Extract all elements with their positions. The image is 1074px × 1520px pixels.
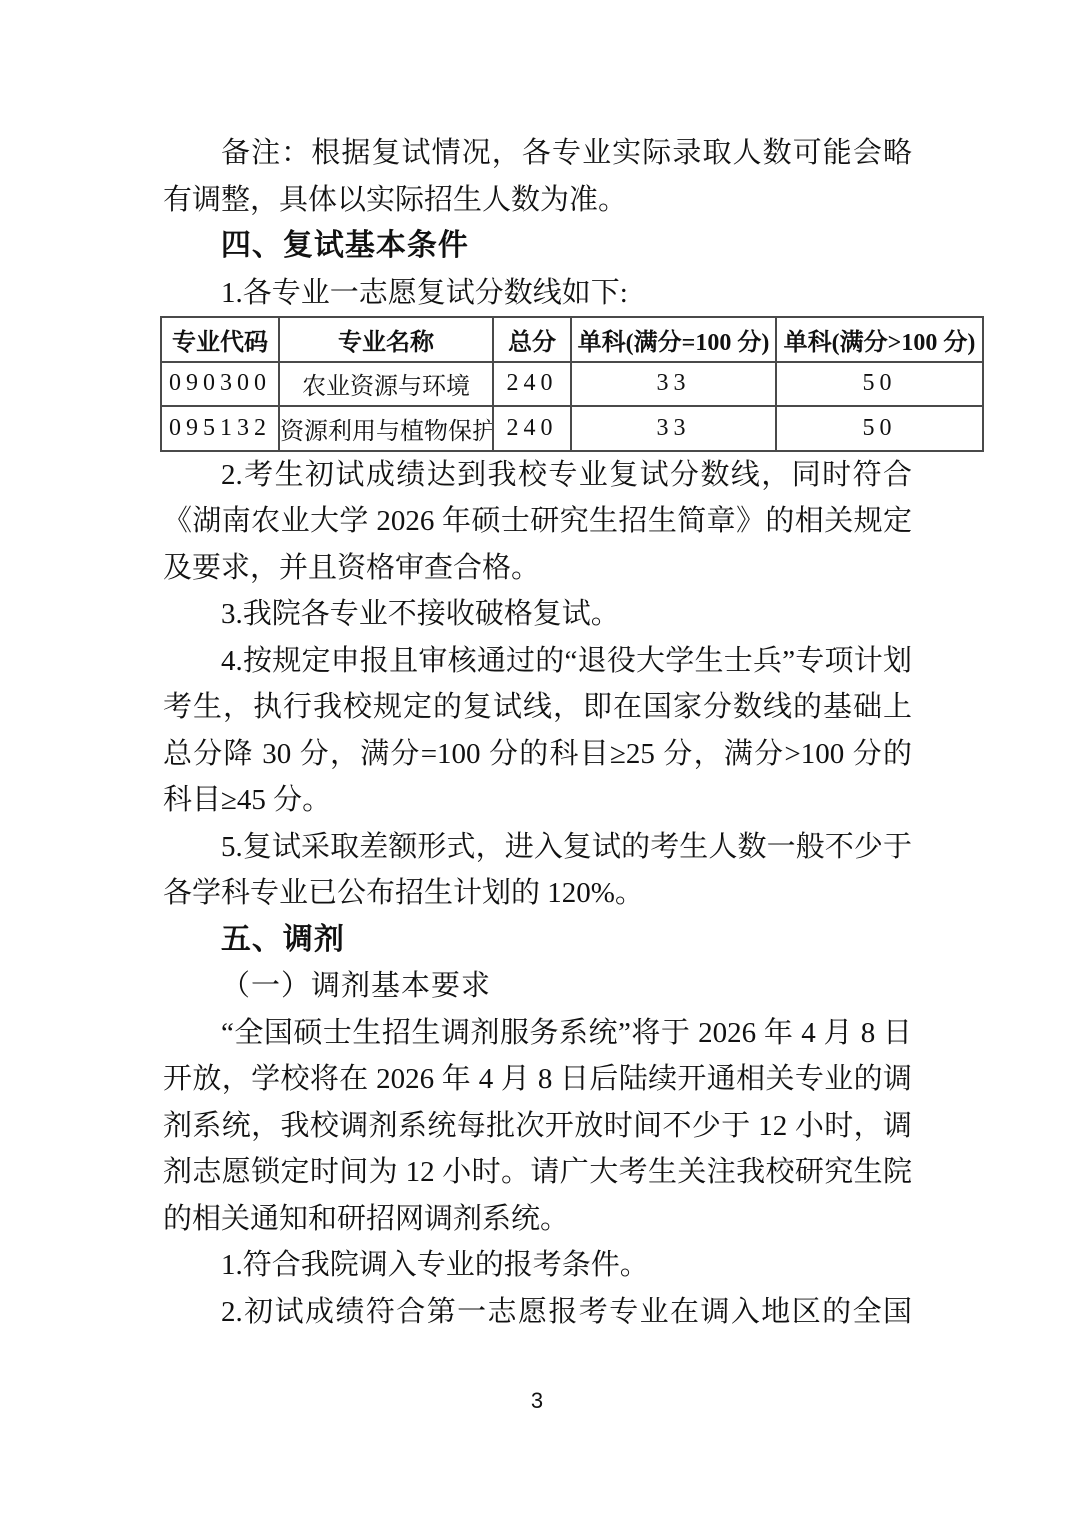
section4-item-4: 4.按规定申报且审核通过的“退役大学生士兵”专项计划考生，执行我校规定的复试线，… bbox=[163, 638, 912, 824]
section-5-heading: 五、调剂 bbox=[163, 917, 912, 964]
single-eq100-cell: 33 bbox=[571, 362, 776, 407]
total-score-cell: 240 bbox=[493, 406, 571, 451]
reexam-score-line-table: 专业代码 专业名称 总分 单科(满分=100 分) 单科(满分>100 分) 0… bbox=[160, 316, 984, 452]
total-score-cell: 240 bbox=[493, 362, 571, 407]
page-number: 3 bbox=[0, 1388, 1074, 1414]
table-row: 095132 资源利用与植物保护 240 33 50 bbox=[161, 406, 983, 451]
section4-item-5: 5.复试采取差额形式，进入复试的考生人数一般不少于各学科专业已公布招生计划的 1… bbox=[163, 824, 912, 917]
section4-item-3: 3.我院各专业不接收破格复试。 bbox=[163, 591, 912, 638]
document-content: 备注：根据复试情况，各专业实际录取人数可能会略有调整，具体以实际招生人数为准。 … bbox=[163, 130, 912, 1335]
section5-item-2: 2.初试成绩符合第一志愿报考专业在调入地区的全国 bbox=[163, 1289, 912, 1336]
col-header-total-score: 总分 bbox=[493, 317, 571, 362]
section4-item-2: 2.考生初试成绩达到我校专业复试分数线，同时符合《湖南农业大学 2026 年硕士… bbox=[163, 452, 912, 592]
section-5-sub-heading-1: （一）调剂基本要求 bbox=[163, 963, 912, 1010]
section5-paragraph-1: “全国硕士生招生调剂服务系统”将于 2026 年 4 月 8 日开放，学校将在 … bbox=[163, 1010, 912, 1243]
single-gt100-cell: 50 bbox=[776, 406, 983, 451]
note-paragraph: 备注：根据复试情况，各专业实际录取人数可能会略有调整，具体以实际招生人数为准。 bbox=[163, 130, 912, 223]
document-page: 备注：根据复试情况，各专业实际录取人数可能会略有调整，具体以实际招生人数为准。 … bbox=[0, 0, 1074, 1520]
single-gt100-cell: 50 bbox=[776, 362, 983, 407]
table-row: 090300 农业资源与环境 240 33 50 bbox=[161, 362, 983, 407]
col-header-single-gt100: 单科(满分>100 分) bbox=[776, 317, 983, 362]
col-header-single-eq100: 单科(满分=100 分) bbox=[571, 317, 776, 362]
section4-item-1: 1.各专业一志愿复试分数线如下: bbox=[163, 270, 912, 317]
major-code-cell: 090300 bbox=[161, 362, 279, 407]
col-header-major-code: 专业代码 bbox=[161, 317, 279, 362]
single-eq100-cell: 33 bbox=[571, 406, 776, 451]
major-name-cell: 农业资源与环境 bbox=[279, 362, 493, 407]
table-header-row: 专业代码 专业名称 总分 单科(满分=100 分) 单科(满分>100 分) bbox=[161, 317, 983, 362]
major-code-cell: 095132 bbox=[161, 406, 279, 451]
section-4-heading: 四、复试基本条件 bbox=[163, 223, 912, 270]
section5-item-1: 1.符合我院调入专业的报考条件。 bbox=[163, 1242, 912, 1289]
major-name-cell: 资源利用与植物保护 bbox=[279, 406, 493, 451]
col-header-major-name: 专业名称 bbox=[279, 317, 493, 362]
